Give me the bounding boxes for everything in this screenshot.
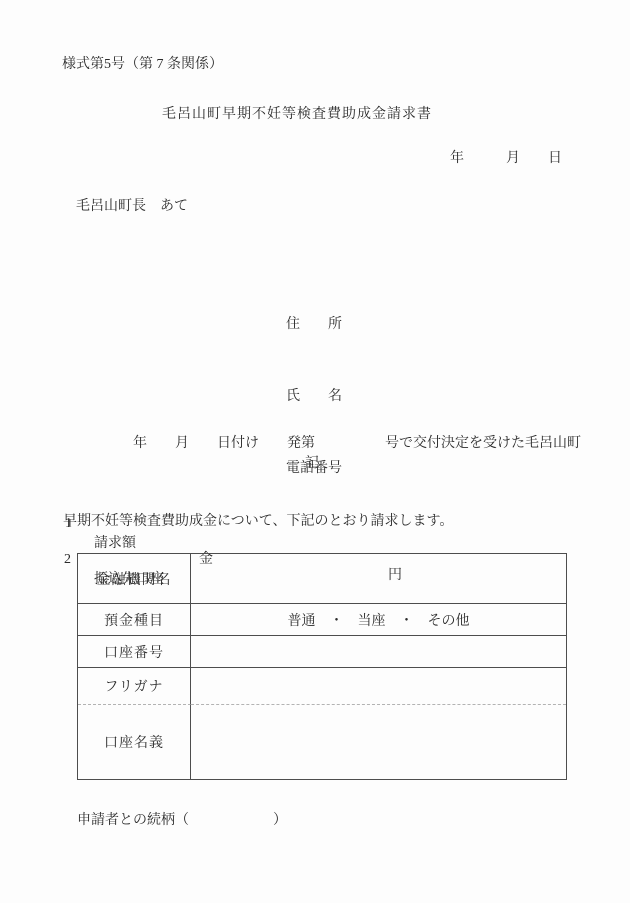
addressee-line: 毛呂山町長 あて (76, 195, 188, 215)
account-holder-label: 口座名義 (78, 705, 191, 779)
relationship-line: 申請者との続柄（ ） (77, 809, 287, 829)
bank-name-label: 金融機関名 (78, 554, 191, 604)
document-page: 様式第5号（第 7 条関係） 毛呂山町早期不妊等検査費助成金請求書 年 月 日 … (0, 0, 630, 903)
account-number-field (191, 636, 566, 668)
account-type-label: 預金種目 (78, 604, 191, 636)
furigana-field (191, 668, 566, 705)
address-label: 住 所 (286, 313, 342, 337)
table-row-account-holder: 口座名義 (78, 705, 566, 779)
account-type-options: 普通 ・ 当座 ・ その他 (191, 604, 566, 636)
note-marker: 記 (0, 452, 624, 472)
form-number: 様式第5号（第 7 条関係） (62, 53, 223, 73)
date-blank-line: 年 月 日 (450, 147, 562, 167)
bank-account-table: 金融機関名 預金種目 普通 ・ 当座 ・ その他 口座番号 フリガナ 口座名義 (77, 553, 567, 780)
bank-name-field (191, 554, 566, 604)
page-title: 毛呂山町早期不妊等検査費助成金請求書 (0, 103, 594, 123)
furigana-label: フリガナ (78, 668, 191, 705)
claim-amount-line: 1 請求額 金 円 (0, 500, 630, 518)
table-row-furigana: フリガナ (78, 668, 566, 705)
transfer-account-heading: 2 振込先口座 (0, 536, 630, 554)
transfer-item-number: 2 (64, 552, 71, 568)
table-row-bank-name: 金融機関名 (78, 554, 566, 604)
account-holder-field (191, 705, 566, 779)
table-row-account-number: 口座番号 (78, 636, 566, 668)
account-number-label: 口座番号 (78, 636, 191, 668)
claim-item-number: 1 (65, 516, 72, 532)
table-row-account-type: 預金種目 普通 ・ 当座 ・ その他 (78, 604, 566, 636)
